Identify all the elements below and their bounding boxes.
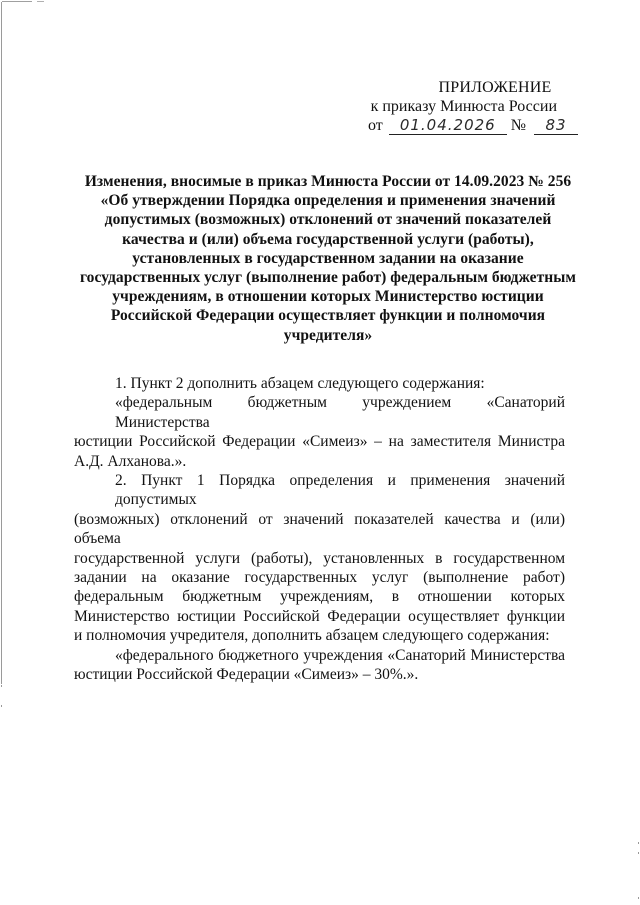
item-1: 1. Пункт 2 дополнить абзацем следующего … (74, 374, 565, 471)
scan-artifact (1, 685, 2, 687)
document-title: Изменения, вносимые в приказ Минюста Рос… (70, 172, 586, 345)
number-label: № (511, 117, 526, 134)
item-2: 2. Пункт 1 Порядка определения и примене… (74, 471, 565, 684)
date-prefix: от (368, 117, 383, 134)
scan-artifact (37, 1, 44, 2)
scan-artifact (1, 705, 2, 707)
scan-edge-line (1, 2, 2, 684)
handwritten-date: 01.04.2026 (389, 117, 507, 135)
title-line: допустимых (возможных) отклонений от зна… (70, 210, 586, 229)
title-line: учреждениям, в отношении которых Министе… (70, 287, 586, 306)
item-1-quote-line: «федеральным бюджетным учреждением «Сана… (74, 393, 565, 432)
scan-artifact (638, 897, 639, 899)
item-2-line: задании на оказание государственных услу… (74, 568, 565, 587)
annex-title: ПРИЛОЖЕНИЕ (360, 78, 590, 97)
title-line: учредителя» (70, 326, 586, 345)
scan-artifact (638, 842, 639, 844)
item-1-heading: 1. Пункт 2 дополнить абзацем следующего … (74, 374, 565, 393)
title-line: установленных в государственном задании … (70, 249, 586, 268)
item-2-line: и полномочия учредителя, дополнить абзац… (74, 626, 565, 645)
scan-artifact (2, 1, 32, 2)
item-2-line: федеральным бюджетным учреждениям, в отн… (74, 587, 565, 606)
handwritten-number: 83 (534, 117, 578, 135)
item-2-quote-line: юстиции Российской Федерации «Симеиз» – … (74, 665, 565, 684)
scan-artifact (638, 852, 639, 854)
item-2-line: государственной услуги (работы), установ… (74, 549, 565, 568)
title-line: «Об утверждении Порядка определения и пр… (70, 191, 586, 210)
annex-date-line: от 01.04.2026 № 83 (360, 116, 590, 135)
title-line: качества и (или) объема государственной … (70, 230, 586, 249)
annex-subtitle: к приказу Минюста России (360, 97, 590, 116)
annex-header: ПРИЛОЖЕНИЕ к приказу Минюста России от 0… (360, 78, 590, 135)
item-1-quote-line: А.Д. Алханова.». (74, 452, 565, 471)
title-line: Российской Федерации осуществляет функци… (70, 306, 586, 325)
title-line: государственных услуг (выполнение работ)… (70, 268, 586, 287)
document-body: 1. Пункт 2 дополнить абзацем следующего … (74, 374, 565, 685)
item-2-line: Министерство юстиции Российской Федераци… (74, 607, 565, 626)
title-line: Изменения, вносимые в приказ Минюста Рос… (70, 172, 586, 191)
item-1-quote-line: юстиции Российской Федерации «Симеиз» – … (74, 432, 565, 451)
item-2-line: (возможных) отклонений от значений показ… (74, 510, 565, 549)
item-2-line: 2. Пункт 1 Порядка определения и примене… (74, 471, 565, 510)
item-2-quote-line: «федерального бюджетного учреждения «Сан… (74, 646, 565, 665)
